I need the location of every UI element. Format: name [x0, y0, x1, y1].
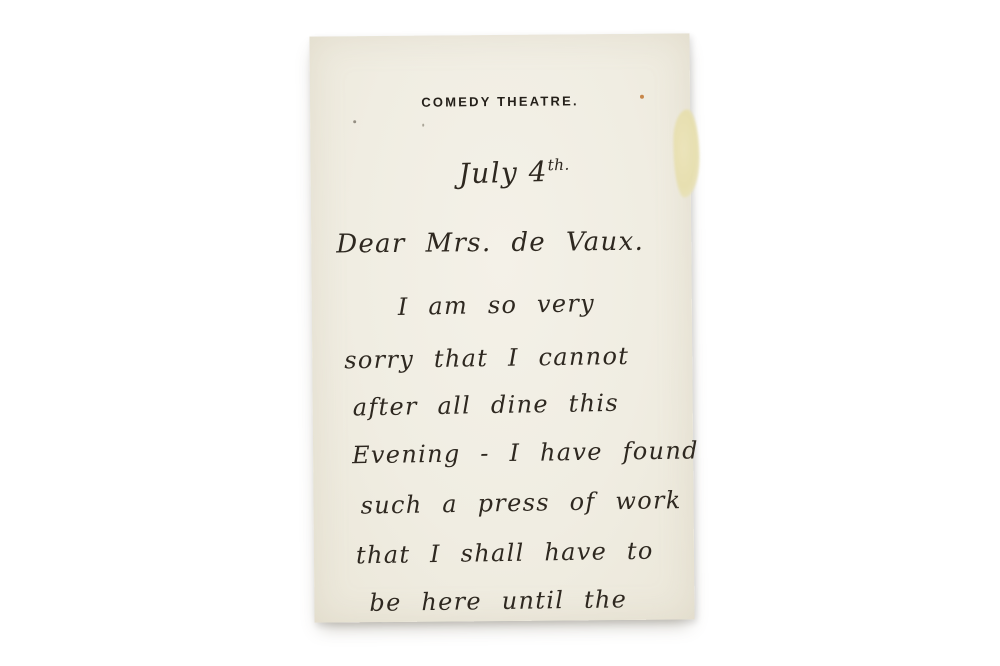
paper-damage-stain [673, 109, 700, 197]
letterhead-title: COMEDY THEATRE. [310, 92, 690, 110]
date-text: July 4 [458, 155, 548, 190]
salutation-line: Dear Mrs. de Vaux. [336, 227, 644, 260]
date-line: July 4th. [458, 154, 570, 190]
body-line: I am so very [398, 289, 596, 321]
body-line: Evening - I have found [352, 436, 699, 469]
paper-speck [353, 120, 356, 123]
photo-background: COMEDY THEATRE. July 4th. Dear Mrs. de V… [0, 0, 1000, 666]
body-line: be here until the [369, 585, 627, 617]
body-line: after all dine this [352, 389, 619, 422]
body-line: such a press of work [360, 486, 682, 520]
letter-page: COMEDY THEATRE. July 4th. Dear Mrs. de V… [309, 33, 694, 622]
date-ordinal-suffix: th. [547, 156, 569, 175]
paper-speck [422, 124, 424, 127]
body-line: sorry that I cannot [344, 342, 629, 374]
body-line: that I shall have to [356, 537, 654, 570]
